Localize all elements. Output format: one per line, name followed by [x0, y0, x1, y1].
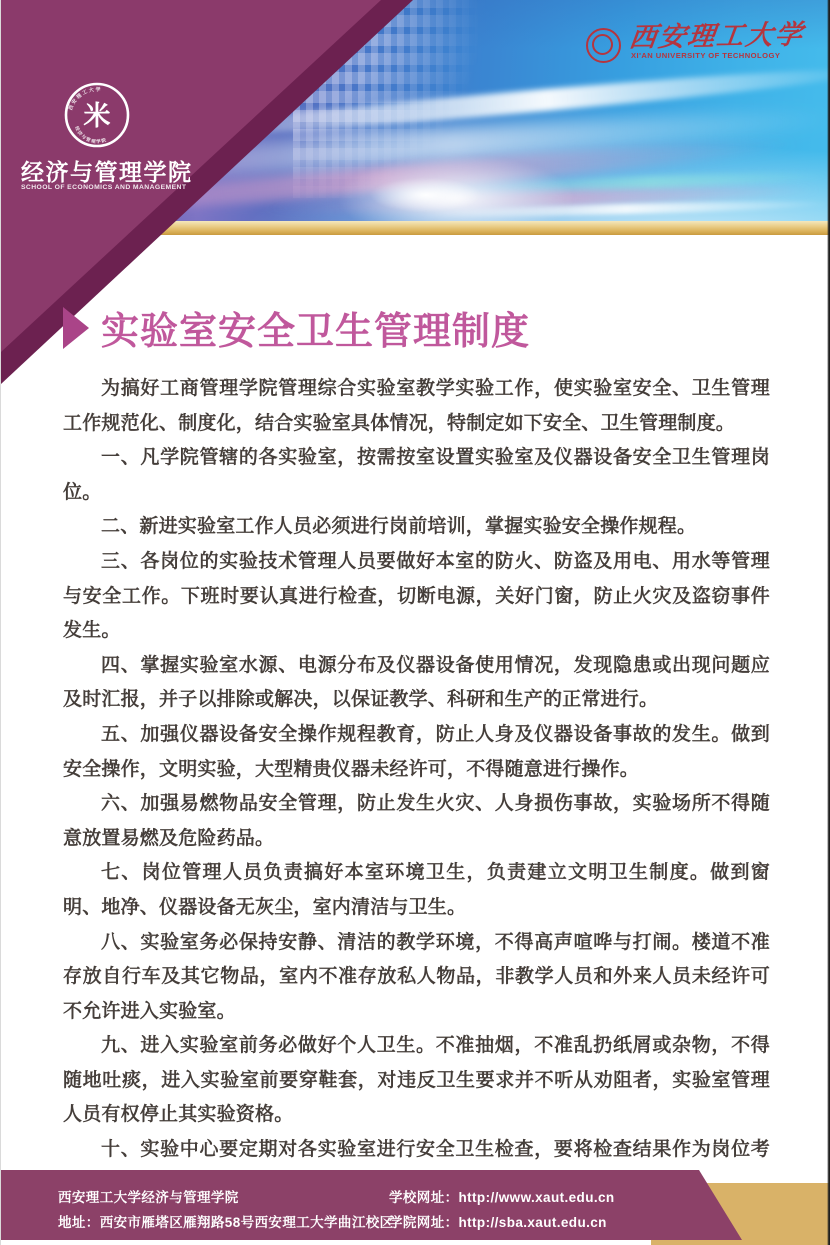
school-seal-icon: 西安理工大学 经济与管理学院 米	[62, 80, 132, 150]
title-row: 实验室安全卫生管理制度	[63, 300, 530, 355]
body-paragraph: 二、新进实验室工作人员必须进行岗前培训，掌握实验安全操作规程。	[63, 510, 770, 545]
footer-college-site: 学院网址：http://sba.xaut.edu.cn	[389, 1211, 607, 1231]
footer-org: 西安理工大学经济与管理学院	[58, 1186, 239, 1206]
university-seal-icon	[586, 28, 621, 63]
footer-school-site: 学校网址：http://www.xaut.edu.cn	[389, 1186, 615, 1206]
university-logo: 西安理工大学 XI'AN UNIVERSITY OF TECHNOLOGY	[586, 22, 796, 70]
body-paragraph: 六、加强易燃物品安全管理，防止发生火灾、人身损伤事故，实验场所不得随意放置易燃及…	[63, 787, 770, 856]
title-arrow-icon	[63, 307, 89, 349]
school-name-cn: 经济与管理学院	[21, 154, 193, 187]
body-paragraph: 一、凡学院管辖的各实验室，按需按室设置实验室及仪器设备安全卫生管理岗位。	[63, 441, 770, 510]
body-paragraph: 九、进入实验室前务必做好个人卫生。不准抽烟，不准乱扔纸屑或杂物，不得随地吐痰，进…	[63, 1029, 770, 1133]
poster: 西安理工大学 XI'AN UNIVERSITY OF TECHNOLOGY 西安…	[0, 0, 830, 1245]
body-paragraph: 七、岗位管理人员负责搞好本室环境卫生，负责建立文明卫生制度。做到窗明、地净、仪器…	[63, 856, 770, 925]
policy-text: 为搞好工商管理学院管理综合实验室教学实验工作，使实验室安全、卫生管理工作规范化、…	[63, 372, 770, 1237]
university-name-cn: 西安理工大学	[627, 12, 806, 54]
body-paragraph: 四、掌握实验室水源、电源分布及仪器设备使用情况，发现隐患或出现问题应及时汇报，并…	[63, 649, 770, 718]
body-paragraph: 五、加强仪器设备安全操作规程教育，防止人身及仪器设备事故的发生。做到安全操作，文…	[63, 718, 770, 787]
body-paragraph: 为搞好工商管理学院管理综合实验室教学实验工作，使实验室安全、卫生管理工作规范化、…	[63, 372, 770, 441]
body-paragraph: 三、各岗位的实验技术管理人员要做好本室的防火、防盗及用电、用水等管理与安全工作。…	[63, 545, 770, 649]
seal-glyph: 米	[84, 101, 111, 131]
university-name-en: XI'AN UNIVERSITY OF TECHNOLOGY	[631, 51, 780, 60]
page-title: 实验室安全卫生管理制度	[101, 300, 530, 355]
school-name-en: SCHOOL OF ECONOMICS AND MANAGEMENT	[21, 184, 186, 191]
footer: 西安理工大学经济与管理学院 地址：西安市雁塔区雁翔路58号西安理工大学曲江校区 …	[1, 1170, 746, 1240]
body-paragraph: 八、实验室务必保持安静、清洁的教学环境，不得高声喧哗与打闹。楼道不准存放自行车及…	[63, 926, 770, 1030]
footer-address: 地址：西安市雁塔区雁翔路58号西安理工大学曲江校区	[58, 1211, 394, 1231]
